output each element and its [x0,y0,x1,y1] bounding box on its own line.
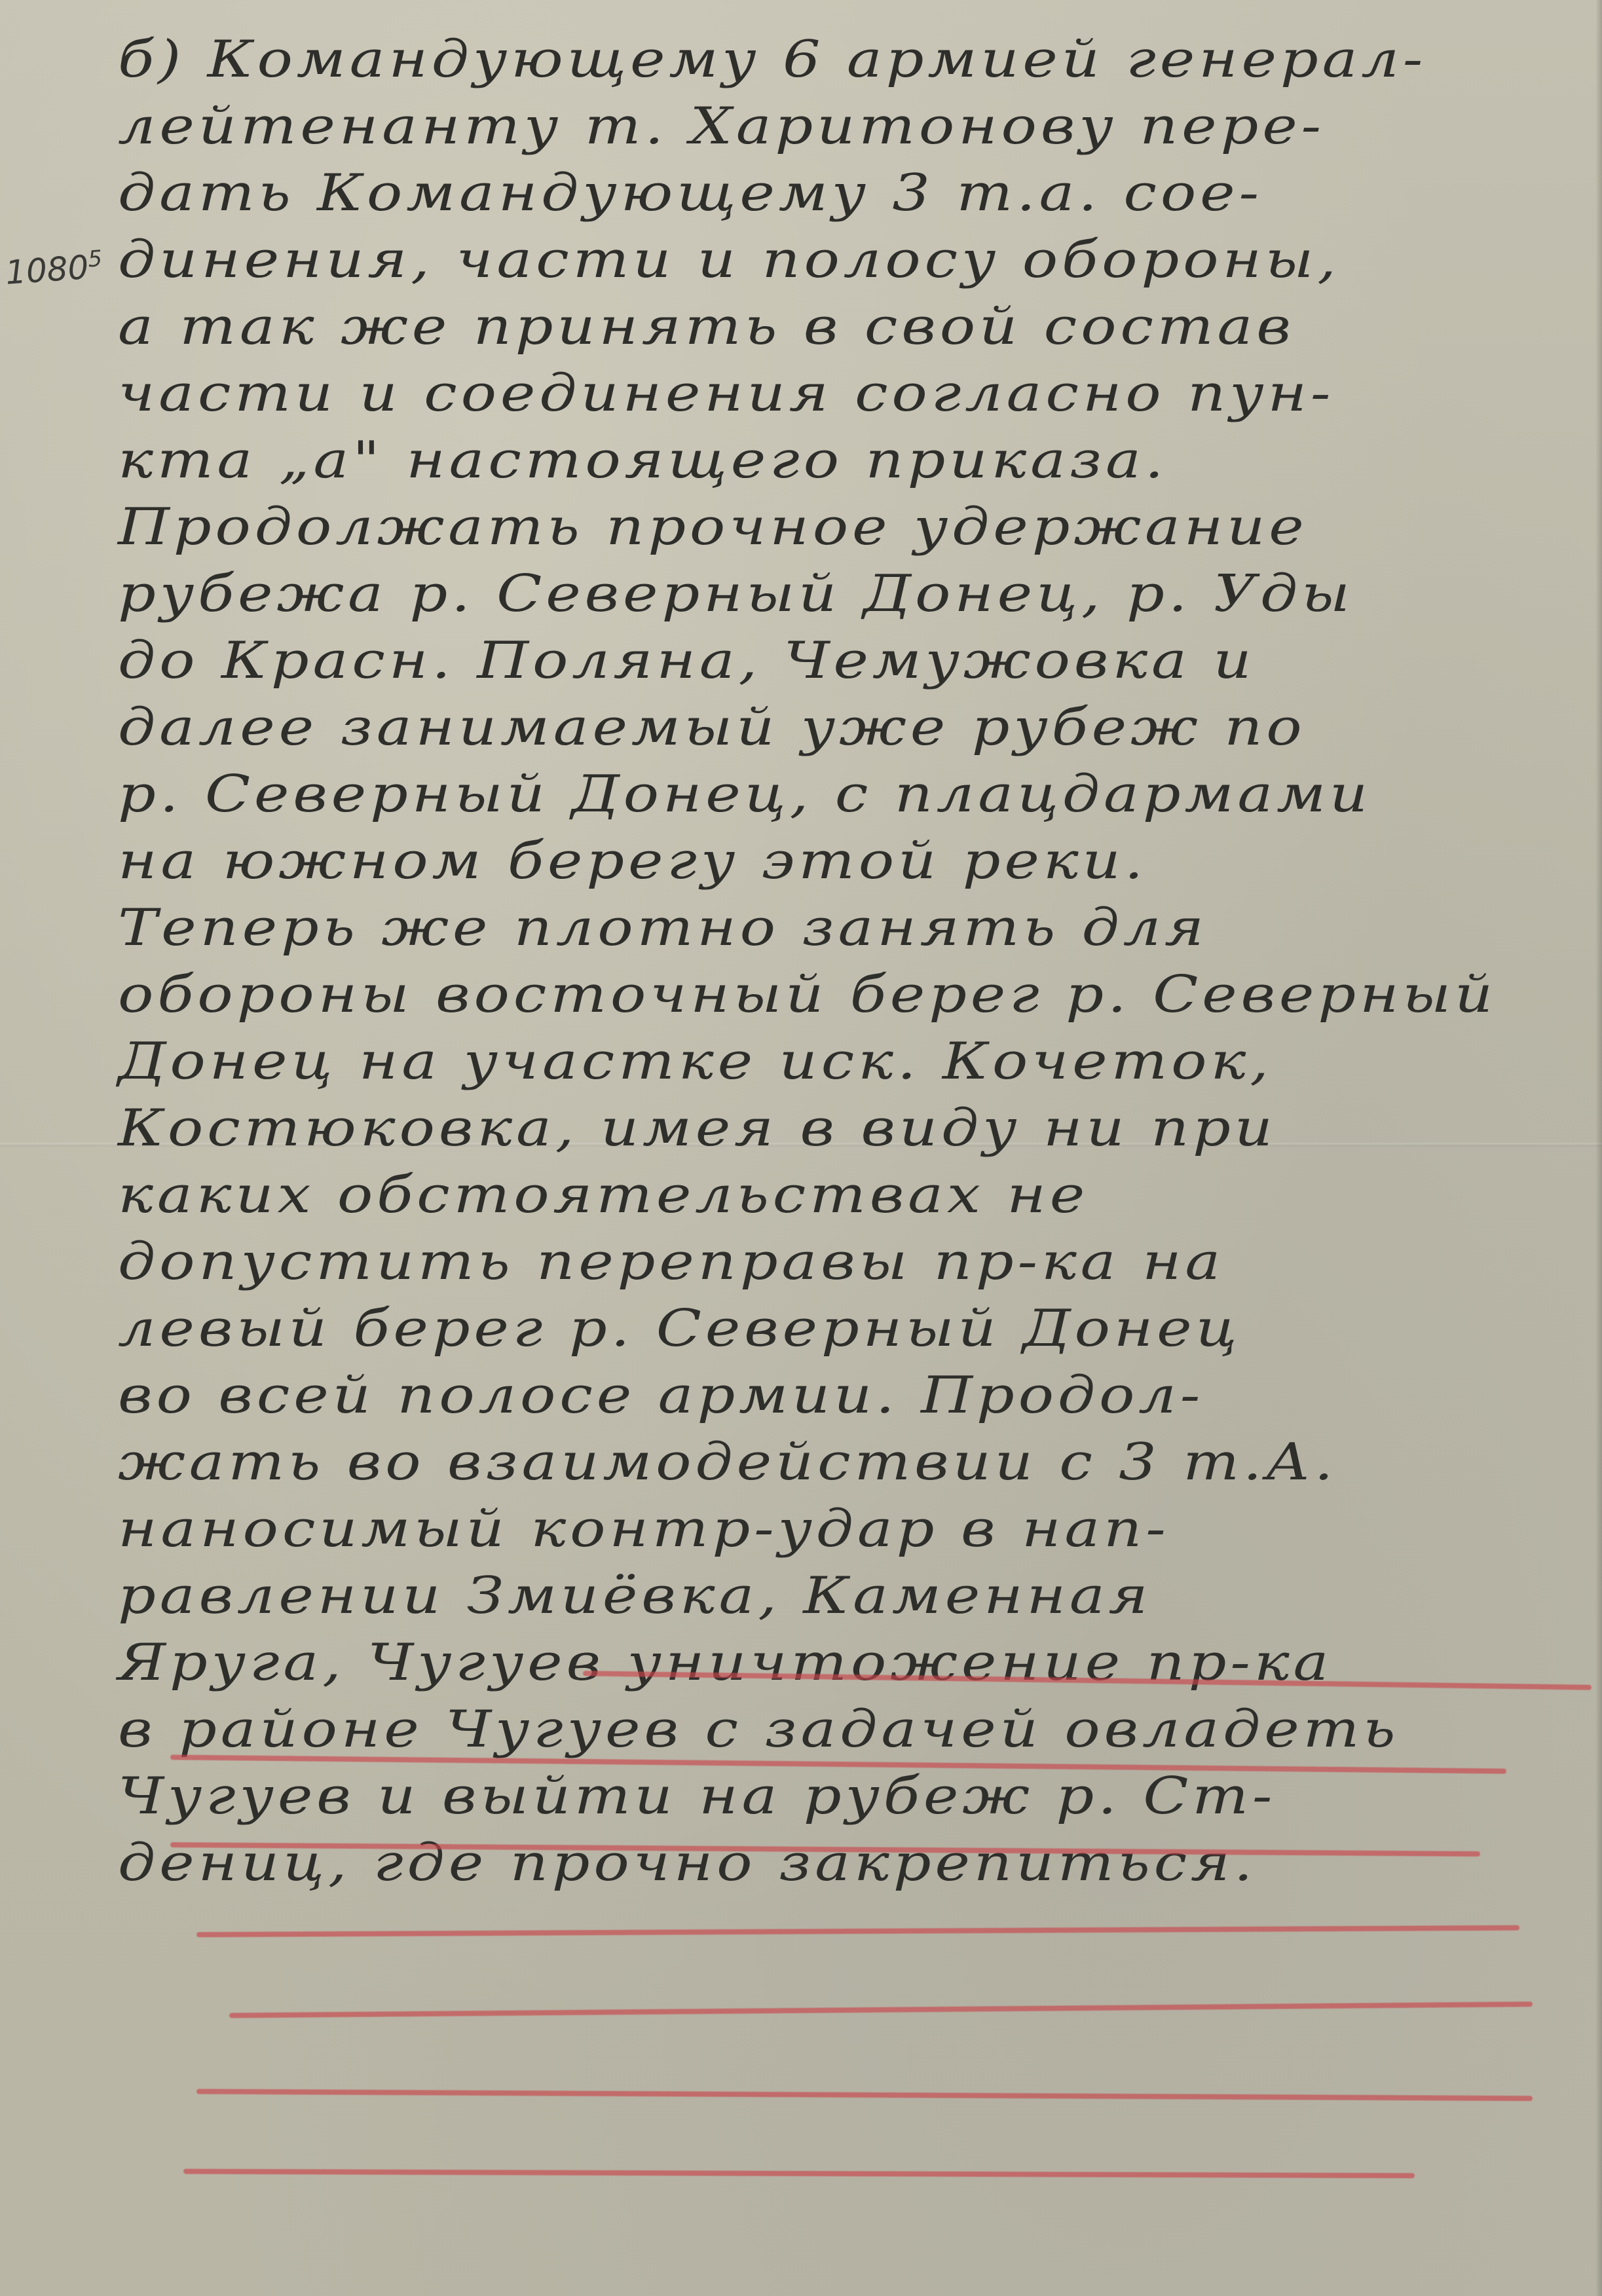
text-line: Теперь же плотно занять для [118,895,1572,961]
text-line: части и соединения согласно пун- [118,360,1572,427]
text-line: Чугуев и выйти на рубеж р. Ст- [118,1763,1572,1830]
text-line: допустить переправы пр-ка на [118,1229,1572,1295]
text-line: далее занимаемый уже рубеж по [118,694,1572,761]
text-line: лейтенанту т. Харитонову пере- [118,93,1572,160]
margin-note: 10805 [4,246,104,292]
paper-edge-shadow [1595,0,1602,2296]
text-line: дениц, где прочно закрепиться. [118,1830,1572,1897]
text-line: Продолжать прочное удержание [118,494,1572,561]
text-line: каких обстоятельствах не [118,1162,1572,1229]
text-line: а так же принять в свой состав [118,293,1572,360]
text-line: Костюковка, имея в виду ни при [118,1095,1572,1162]
text-line: жать во взаимодействии с 3 т.А. [118,1429,1572,1496]
text-line: в районе Чугуев с задачей овладеть [118,1696,1572,1763]
text-line: до Красн. Поляна, Чемужовка и [118,627,1572,694]
text-line: рубежа р. Северный Донец, р. Уды [118,561,1572,627]
margin-note-number: 1080 [4,248,90,292]
text-line: кта „а" настоящего приказа. [118,427,1572,494]
text-line: левый берег р. Северный Донец [118,1295,1572,1362]
text-line: на южном берегу этой реки. [118,828,1572,895]
text-line: наносимый контр-удар в нап- [118,1496,1572,1563]
text-line: равлении Змиёвка, Каменная [118,1563,1572,1629]
text-line: Донец на участке иск. Кочеток, [118,1028,1572,1095]
text-line: дать Командующему 3 т.а. сое- [118,160,1572,227]
text-line: динения, части и полосу обороны, [118,227,1572,293]
text-line: б) Командующему 6 армией генерал- [118,26,1572,93]
text-line: р. Северный Донец, с плацдармами [118,761,1572,828]
margin-note-superscript: 5 [87,246,103,272]
text-line: обороны восточный берег р. Северный [118,961,1572,1028]
handwritten-text-block: б) Командующему 6 армией генерал- лейтен… [118,26,1572,1897]
text-line: во всей полосе армии. Продол- [118,1362,1572,1429]
